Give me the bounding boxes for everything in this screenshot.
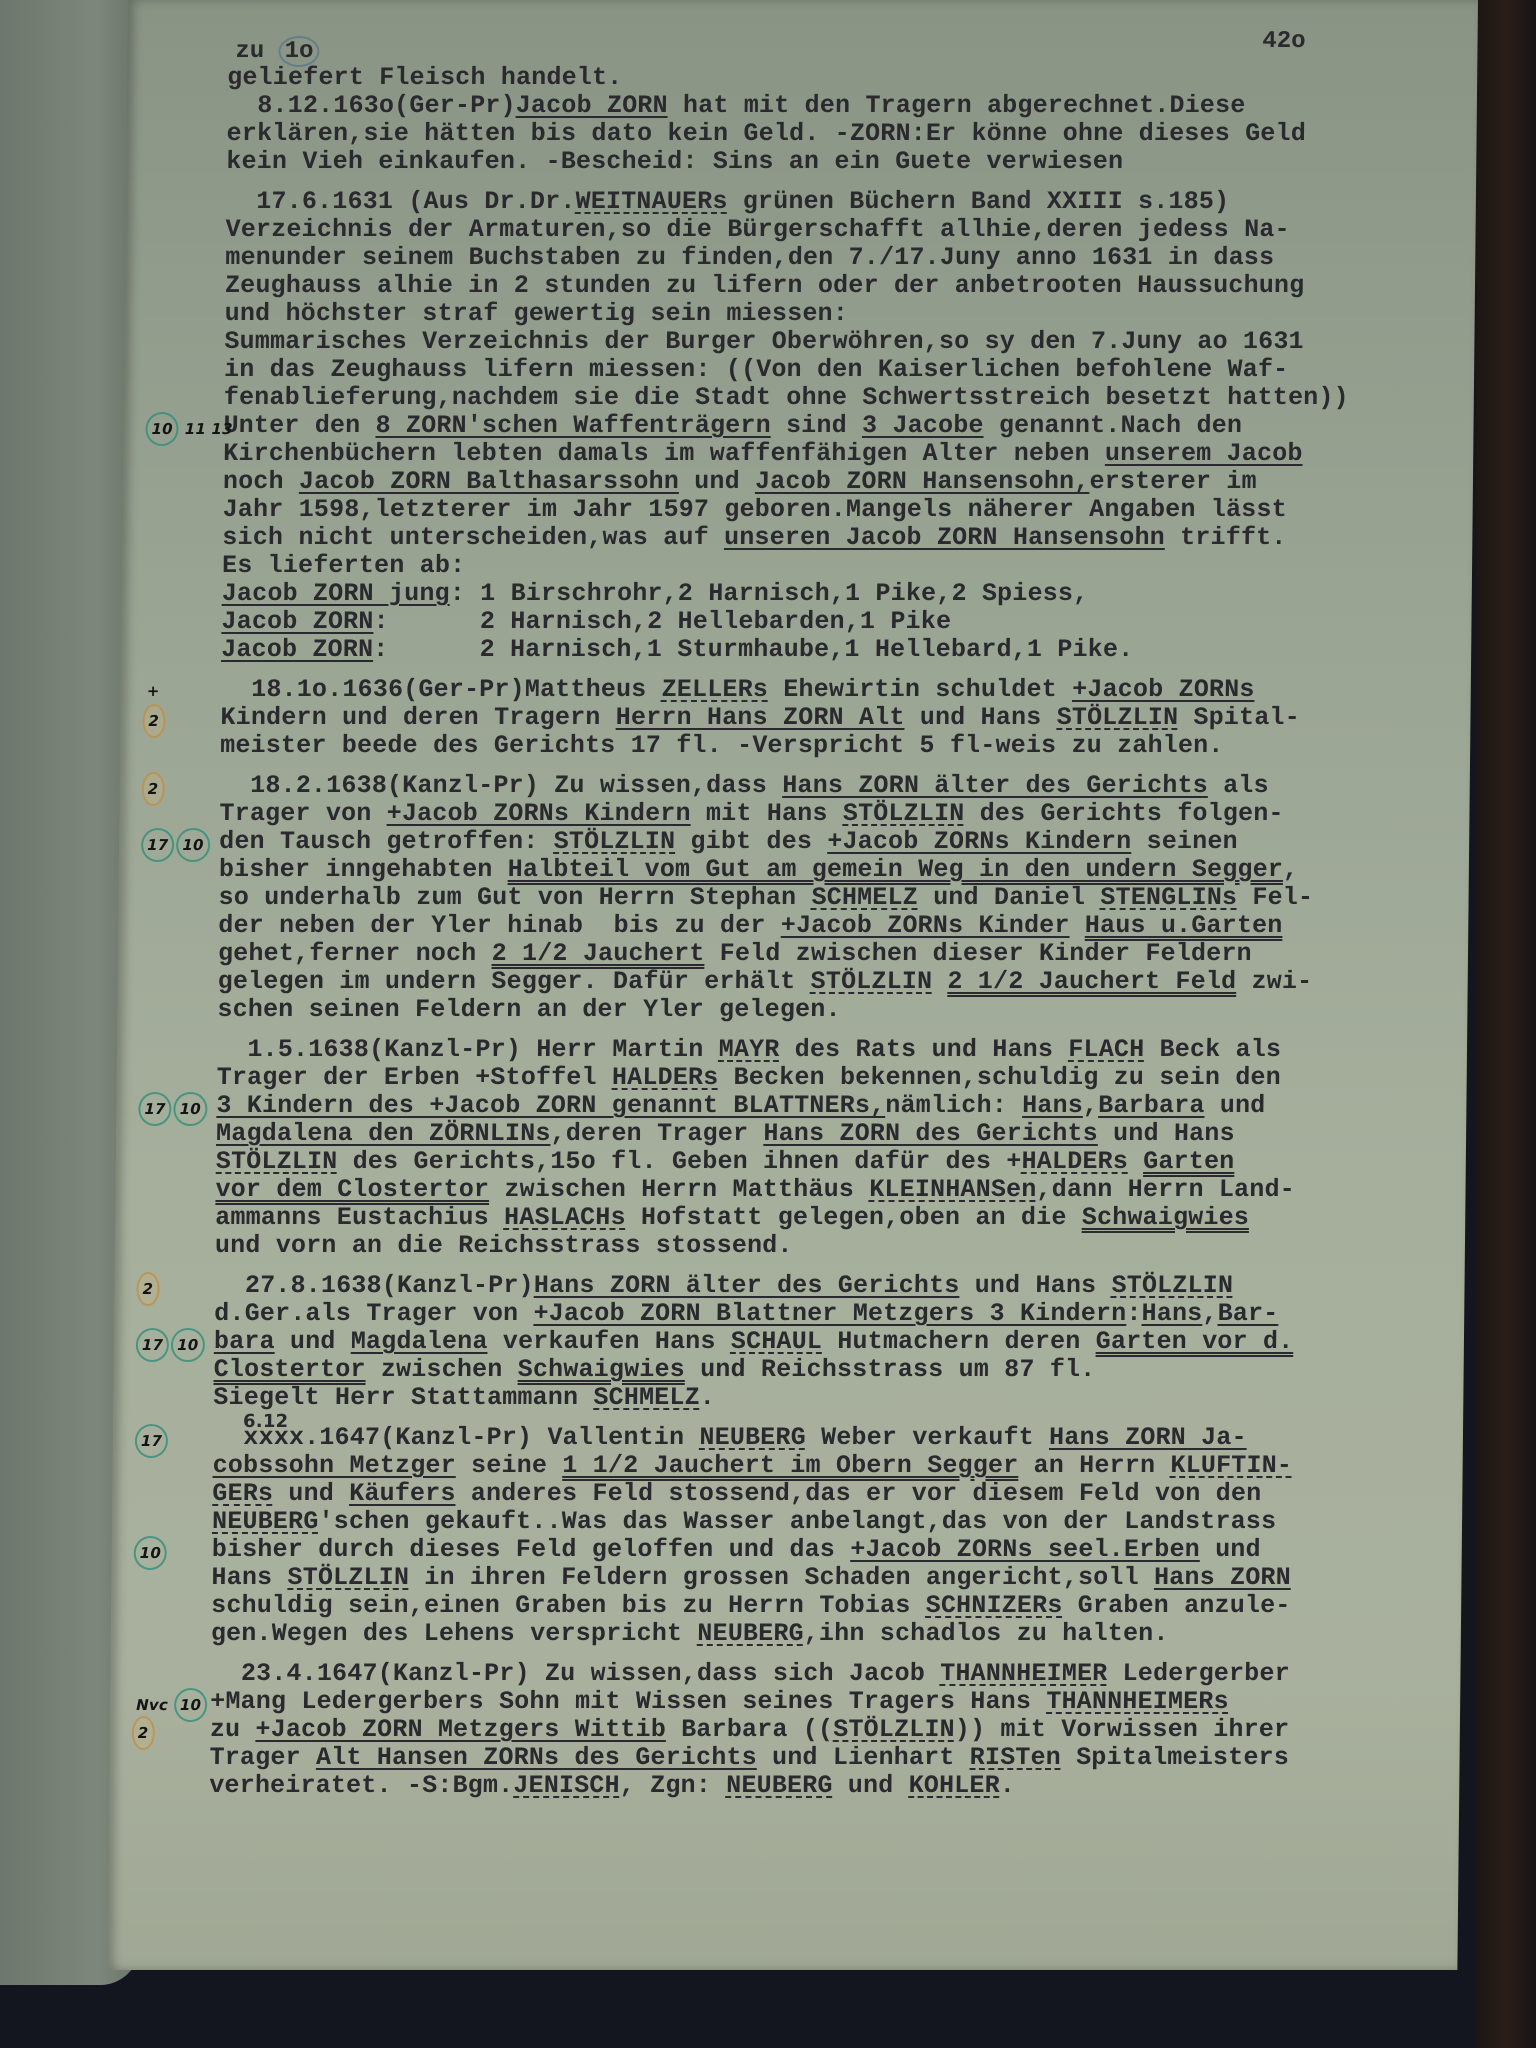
underlined-name: Jacob ZORN xyxy=(516,91,668,120)
text-line: 2 18.2.1638(Kanzl-Pr) Zu wissen,dass Han… xyxy=(220,772,1460,800)
text-line: STÖLZLIN des Gerichts,15o fl. Geben ihne… xyxy=(216,1148,1456,1176)
underlined-name: ZELLERs xyxy=(662,675,769,704)
text-line: geliefert Fleisch handelt. xyxy=(227,64,1467,92)
text-line: Jacob ZORN: 2 Harnisch,2 Hellebarden,1 P… xyxy=(221,608,1461,636)
text-run: 18.2.1638(Kanzl-Pr) Zu wissen,dass xyxy=(250,771,782,800)
text-run: gibt des xyxy=(675,827,827,856)
underlined-name: NEUBERG xyxy=(697,1619,804,1648)
text-run: und vorn an die Reichsstrass stossend. xyxy=(215,1231,793,1260)
record-entry: + 18.1o.1636(Ger-Pr)Mattheus ZELLERs Ehe… xyxy=(220,676,1461,760)
text-run: Becken bekennen,schuldig zu sein den xyxy=(718,1063,1281,1092)
handwritten-margin-note: 2 xyxy=(132,1716,157,1750)
underlined-name: KOHLER xyxy=(908,1771,1000,1800)
book-spine-shadow xyxy=(1476,0,1536,2048)
text-run: 'schen gekauft..Was das Wasser anbelangt… xyxy=(318,1507,1276,1536)
text-line: Siegelt Herr Stattammann SCHMELZ. xyxy=(213,1384,1453,1412)
underlined-name: GERs xyxy=(212,1479,273,1508)
text-run: : 2 Harnisch,2 Hellebarden,1 Pike xyxy=(373,607,951,636)
text-run: Graben anzule- xyxy=(1062,1591,1290,1620)
underlined-name: STÖLZLIN xyxy=(843,799,965,828)
text-line: 1.5.1638(Kanzl-Pr) Herr Martin MAYR des … xyxy=(217,1036,1457,1064)
underlined-name: STÖLZLIN xyxy=(1056,703,1178,732)
text-run: 17.6.1631 (Aus Dr.Dr. xyxy=(256,187,576,216)
underlined-name: 2 1/2 Jauchert xyxy=(492,939,705,968)
margin-mark: 10 xyxy=(174,1688,208,1722)
underlined-name: +Jacob ZORN Blattner Metzgers 3 Kindern xyxy=(533,1299,1126,1328)
text-run: und Reichsstrass um 87 fl. xyxy=(685,1355,1096,1384)
text-run: menunder seinem Buchstaben zu finden,den… xyxy=(225,243,1274,272)
text-run: sind xyxy=(771,411,863,440)
underlined-name: STENGLINs xyxy=(1100,883,1237,912)
text-run: und xyxy=(275,1327,351,1356)
text-run: Spital- xyxy=(1178,703,1300,732)
underlined-name: STÖLZLIN xyxy=(216,1147,338,1176)
text-run: genannt.Nach den xyxy=(984,411,1243,440)
underlined-name: Jacob ZORN Balthasarssohn xyxy=(299,467,679,496)
margin-mark: 10 xyxy=(145,412,179,446)
underlined-name: +Jacob ZORN Metzgers Wittib xyxy=(255,1715,666,1744)
text-line: 2Kindern und deren Tragern Herrn Hans ZO… xyxy=(220,704,1460,732)
text-line: 10bisher durch dieses Feld geloffen und … xyxy=(212,1536,1452,1564)
underlined-name: Barbara xyxy=(1098,1091,1205,1120)
text-line: Nvc10+Mang Ledergerbers Sohn mit Wissen … xyxy=(210,1688,1450,1716)
text-run: gen.Wegen des Lehens verspricht xyxy=(211,1619,698,1648)
text-line: Trager der Erben +Stoffel HALDERs Becken… xyxy=(217,1064,1457,1092)
text-run: schuldig sein,einen Graben bis zu Herrn … xyxy=(211,1591,926,1620)
record-entry: 17.6.1631 (Aus Dr.Dr.WEITNAUERs grünen B… xyxy=(221,188,1466,664)
text-run: und xyxy=(1204,1091,1265,1120)
text-line: d.Ger.als Trager von +Jacob ZORN Blattne… xyxy=(214,1300,1454,1328)
text-line: sich nicht unterscheiden,was auf unseren… xyxy=(222,524,1462,552)
text-run: Hutmachern deren xyxy=(822,1327,1096,1356)
text-run: seine xyxy=(456,1451,563,1480)
text-run: und xyxy=(832,1771,908,1800)
text-line: Verzeichnis der Armaturen,so die Bürgers… xyxy=(225,216,1465,244)
text-line: menunder seinem Buchstaben zu finden,den… xyxy=(225,244,1465,272)
text-run: Fel- xyxy=(1237,883,1313,912)
handwritten-margin-note: 2 xyxy=(142,704,167,738)
text-line: 17.6.1631 (Aus Dr.Dr.WEITNAUERs grünen B… xyxy=(226,188,1466,216)
text-line: so underhalb zum Gut von Herrn Stephan S… xyxy=(218,884,1458,912)
text-line: cobssohn Metzger seine 1 1/2 Jauchert im… xyxy=(213,1452,1453,1480)
underlined-name: unserem Jacob xyxy=(1105,439,1303,468)
text-run: und Hans xyxy=(959,1271,1111,1300)
text-run: Barbara (( xyxy=(666,1715,834,1744)
underlined-name: STÖLZLIN xyxy=(1111,1271,1233,1300)
underlined-name: THANNHEIMERs xyxy=(1046,1687,1229,1716)
text-run: der neben der Yler hinab bis zu der xyxy=(218,911,781,940)
text-run xyxy=(932,967,948,996)
underlined-name: 2 1/2 Jauchert Feld xyxy=(947,967,1236,996)
margin-mark: 17 xyxy=(136,1328,170,1362)
margin-mark: 10 xyxy=(173,1092,207,1126)
underlined-name: bara xyxy=(214,1327,275,1356)
text-run: . xyxy=(700,1383,716,1412)
text-run: : xyxy=(1126,1299,1142,1328)
text-run: noch xyxy=(223,467,299,496)
text-run: 18.1o.1636(Ger-Pr)Mattheus xyxy=(251,675,662,704)
underlined-name: SCHMELZ xyxy=(811,883,918,912)
text-run: und Hans xyxy=(904,703,1056,732)
text-line: Summarisches Verzeichnis der Burger Ober… xyxy=(224,328,1464,356)
text-run: so underhalb zum Gut von Herrn Stephan xyxy=(218,883,811,912)
underlined-name: Schwaigwies xyxy=(518,1355,686,1384)
text-run: fenablieferung,nachdem sie die Stadt ohn… xyxy=(224,383,1349,412)
underlined-name: SCHAUL xyxy=(731,1327,823,1356)
text-run: 8.12.163o(Ger-Pr) xyxy=(257,91,516,120)
text-run: des Gerichts folgen- xyxy=(964,799,1284,828)
text-run: . xyxy=(1000,1771,1016,1800)
text-line: kein Vieh einkaufen. -Bescheid: Sins an … xyxy=(226,148,1466,176)
text-run: ,deren Trager xyxy=(550,1119,763,1148)
text-run: Summarisches Verzeichnis der Burger Ober… xyxy=(224,327,1304,356)
text-run: Unter den xyxy=(223,411,375,440)
text-line: NEUBERG'schen gekauft..Was das Wasser an… xyxy=(212,1508,1452,1536)
text-run: Zeughauss alhie in 2 stunden zu lifern o… xyxy=(225,271,1305,300)
text-run: meister beede des Gerichts 17 fl. -Versp… xyxy=(220,731,1224,760)
underlined-name: Hans ZORN älter des Gerichts xyxy=(782,771,1208,800)
text-line: Es lieferten ab: xyxy=(222,552,1462,580)
underlined-name: 1 1/2 Jauchert im Obern Segger xyxy=(562,1451,1018,1480)
text-line: Trager Alt Hansen ZORNs des Gerichts und… xyxy=(209,1744,1449,1772)
record-entry: 23.4.1647(Kanzl-Pr) Zu wissen,dass sich … xyxy=(209,1660,1450,1800)
record-entry: geliefert Fleisch handelt. 8.12.163o(Ger… xyxy=(226,64,1467,176)
text-run: in ihren Feldern grossen Schaden angeric… xyxy=(409,1563,1154,1592)
text-run: und xyxy=(1200,1535,1261,1564)
underlined-name: +Jacob ZORNs Kinder xyxy=(781,911,1070,940)
text-run: kein Vieh einkaufen. -Bescheid: Sins an … xyxy=(226,147,1123,176)
handwritten-date-correction: 6.12 xyxy=(243,1408,289,1436)
margin-mark: 2 xyxy=(142,704,165,738)
margin-mark: 2 xyxy=(142,772,165,806)
text-run: erklären,sie hätten bis dato kein Geld. … xyxy=(226,119,1306,148)
underlined-name: Hans xyxy=(1022,1091,1083,1120)
underlined-name: NEUBERG xyxy=(726,1771,833,1800)
text-line: schuldig sein,einen Graben bis zu Herrn … xyxy=(211,1592,1451,1620)
text-run: Hofstatt gelegen,oben an die xyxy=(626,1203,1082,1232)
text-line: vor dem Clostertor zwischen Herrn Matthä… xyxy=(215,1176,1455,1204)
text-run: bisher durch dieses Feld geloffen und da… xyxy=(212,1535,851,1564)
underlined-name: KLUFTIN- xyxy=(1170,1451,1292,1480)
margin-mark: + xyxy=(143,676,164,706)
text-run: sich nicht unterscheiden,was auf xyxy=(222,523,724,552)
underlined-name: Käufers xyxy=(349,1479,456,1508)
margin-mark: 2 xyxy=(136,1272,159,1306)
text-run: Trager von xyxy=(219,799,387,828)
underlined-name: STÖLZLIN xyxy=(810,967,932,996)
handwritten-margin-note: 1710 xyxy=(141,828,212,862)
underlined-name: HALDERs xyxy=(612,1063,719,1092)
underlined-name: Schwaigwies xyxy=(1082,1203,1250,1232)
text-run: : 1 Birschrohr,2 Harnisch,1 Pike,2 Spies… xyxy=(450,579,1089,608)
text-line: Hans STÖLZLIN in ihren Feldern grossen S… xyxy=(211,1564,1451,1592)
text-line: Jahr 1598,letzterer im Jahr 1597 geboren… xyxy=(223,496,1463,524)
text-line: gelegen im undern Segger. Dafür erhält S… xyxy=(218,968,1458,996)
text-line: 176.12 xxxx.1647(Kanzl-Pr) Vallentin NEU… xyxy=(213,1424,1453,1452)
text-run: )) mit Vorwissen ihrer xyxy=(955,1715,1290,1744)
handwritten-margin-note: 1710 xyxy=(136,1328,207,1362)
text-line: Clostertor zwischen Schwaigwies und Reic… xyxy=(214,1356,1454,1384)
underlined-name: Hans ZORN des Gerichts xyxy=(763,1119,1098,1148)
text-run: ersterer im xyxy=(1089,467,1257,496)
text-line: und vorn an die Reichsstrass stossend. xyxy=(215,1232,1455,1260)
underlined-name: STÖLZLIN xyxy=(833,1715,955,1744)
underlined-name: Hans xyxy=(1141,1299,1202,1328)
text-run: mit Hans xyxy=(691,799,843,828)
text-run: Trager xyxy=(209,1743,316,1772)
text-line: meister beede des Gerichts 17 fl. -Versp… xyxy=(220,732,1460,760)
text-line: fenablieferung,nachdem sie die Stadt ohn… xyxy=(224,384,1464,412)
text-line: Jacob ZORN jung: 1 Birschrohr,2 Harnisch… xyxy=(222,580,1462,608)
text-run: zwischen xyxy=(366,1355,518,1384)
text-run: grünen Büchern Band XXIII s.185) xyxy=(727,187,1229,216)
underlined-name: vor dem Clostertor xyxy=(215,1175,489,1204)
underlined-name: Halbteil vom Gut am gemein Weg in den un… xyxy=(508,855,1284,884)
text-run: Spitalmeisters xyxy=(1061,1743,1289,1772)
text-run: und xyxy=(273,1479,349,1508)
underlined-name: 3 Jacobe xyxy=(862,411,984,440)
text-line: 2zu +Jacob ZORN Metzgers Wittib Barbara … xyxy=(210,1716,1450,1744)
underlined-name: unseren Jacob ZORN Hansensohn xyxy=(724,523,1165,552)
text-run: und Lienhart xyxy=(757,1743,970,1772)
text-run: gelegen im undern Segger. Dafür erhält xyxy=(218,967,811,996)
handwritten-margin-note: + xyxy=(143,676,166,706)
underlined-name: Jacob ZORN xyxy=(221,635,373,664)
text-run: 1.5.1638(Kanzl-Pr) Herr Martin xyxy=(247,1035,719,1064)
underlined-name: Magdalena xyxy=(351,1327,488,1356)
text-run: und xyxy=(679,467,755,496)
text-run: d.Ger.als Trager von xyxy=(214,1299,534,1328)
text-line: 8.12.163o(Ger-Pr)Jacob ZORN hat mit den … xyxy=(227,92,1467,120)
underlined-name: Alt Hansen ZORNs des Gerichts xyxy=(316,1743,757,1772)
underlined-name: Jacob ZORN Hansensohn, xyxy=(755,467,1090,496)
text-line: Magdalena den ZÖRNLINs,deren Trager Hans… xyxy=(216,1120,1456,1148)
text-run: Hans xyxy=(211,1563,287,1592)
underlined-name: NEUBERG xyxy=(699,1423,806,1452)
text-line: 2 27.8.1638(Kanzl-Pr)Hans ZORN älter des… xyxy=(214,1272,1454,1300)
underlined-name: JENISCH xyxy=(513,1771,620,1800)
underlined-name: THANNHEIMER xyxy=(940,1659,1108,1688)
text-line: Trager von +Jacob ZORNs Kindern mit Hans… xyxy=(219,800,1459,828)
text-run: , xyxy=(1202,1299,1218,1328)
text-run: : 2 Harnisch,1 Sturmhaube,1 Hellebard,1 … xyxy=(373,635,1133,664)
text-run: Jahr 1598,letzterer im Jahr 1597 geboren… xyxy=(223,495,1287,524)
text-run: den Tausch getroffen: xyxy=(219,827,554,856)
text-run: Kirchenbüchern lebten damals im waffenfä… xyxy=(223,439,1105,468)
underlined-name: 8 ZORN'schen Waffenträgern xyxy=(375,411,771,440)
underlined-name: NEUBERG xyxy=(212,1507,319,1536)
underlined-name: Herrn Hans ZORN Alt xyxy=(616,703,905,732)
text-line: 17103 Kindern des +Jacob ZORN genannt BL… xyxy=(216,1092,1456,1120)
text-run: zwi- xyxy=(1236,967,1312,996)
underlined-name: Hans ZORN Ja- xyxy=(1049,1423,1247,1452)
text-line: noch Jacob ZORN Balthasarssohn und Jacob… xyxy=(223,468,1463,496)
underlined-name: Magdalena den ZÖRNLINs xyxy=(216,1119,551,1148)
underlined-name: +Jacob ZORNs xyxy=(1072,675,1255,704)
underlined-name: STÖLZLIN xyxy=(554,827,676,856)
text-run: trifft. xyxy=(1165,523,1287,552)
underlined-name: Garten vor d. xyxy=(1096,1327,1294,1356)
record-entry: 2 27.8.1638(Kanzl-Pr)Hans ZORN älter des… xyxy=(213,1272,1454,1412)
text-run xyxy=(1070,911,1086,940)
underlined-name: WEITNAUERs xyxy=(575,187,727,216)
text-run: in das Zeughauss lifern miessen: ((Von d… xyxy=(224,355,1288,384)
document-body: geliefert Fleisch handelt. 8.12.163o(Ger… xyxy=(209,64,1467,1800)
underlined-name: HASLACHs xyxy=(504,1203,626,1232)
margin-mark: 10 xyxy=(171,1328,205,1362)
text-line: und höchster straf gewertig sein miessen… xyxy=(225,300,1465,328)
text-run: seinen xyxy=(1131,827,1238,856)
text-run: zwischen Herrn Matthäus xyxy=(489,1175,869,1204)
underlined-name: FLACH xyxy=(1068,1035,1144,1064)
text-line: 23.4.1647(Kanzl-Pr) Zu wissen,dass sich … xyxy=(210,1660,1450,1688)
underlined-name: SCHNIZERs xyxy=(926,1591,1063,1620)
text-line: in das Zeughauss lifern miessen: ((Von d… xyxy=(224,356,1464,384)
text-run: , xyxy=(1283,855,1299,884)
text-line: GERs und Käufers anderes Feld stossend,d… xyxy=(212,1480,1452,1508)
text-run: Verzeichnis der Armaturen,so die Bürgers… xyxy=(225,215,1289,244)
underlined-name: 3 Kindern des +Jacob ZORN genannt BLATTN… xyxy=(216,1091,885,1120)
margin-mark: 17 xyxy=(138,1092,172,1126)
text-run: und Daniel xyxy=(918,883,1101,912)
handwritten-margin-note: 1710 xyxy=(138,1092,209,1126)
margin-mark: 17 xyxy=(141,828,175,862)
text-line: 1710den Tausch getroffen: STÖLZLIN gibt … xyxy=(219,828,1459,856)
text-run: Kindern und deren Tragern xyxy=(220,703,616,732)
underlined-name: Clostertor xyxy=(214,1355,366,1384)
text-run: Ehewirtin schuldet xyxy=(768,675,1072,704)
underlined-name: Hans ZORN älter des Gerichts xyxy=(534,1271,960,1300)
text-line: der neben der Yler hinab bis zu der +Jac… xyxy=(218,912,1458,940)
text-run xyxy=(1128,1147,1144,1176)
text-run: Ledergerber xyxy=(1107,1659,1290,1688)
underlined-name: RISTen xyxy=(970,1743,1062,1772)
underlined-name: HALDERs xyxy=(1021,1147,1128,1176)
text-line: erklären,sie hätten bis dato kein Geld. … xyxy=(226,120,1466,148)
text-run: an Herrn xyxy=(1018,1451,1170,1480)
margin-mark: 10 xyxy=(134,1536,168,1570)
underlined-name: +Jacob ZORNs Kindern xyxy=(387,799,691,828)
text-line: bisher inngehabten Halbteil vom Gut am g… xyxy=(219,856,1459,884)
text-run: bisher inngehabten xyxy=(219,855,508,884)
typewritten-page: zu 1o 42o geliefert Fleisch handelt. 8.1… xyxy=(107,0,1478,1970)
text-run: des Rats und Hans xyxy=(779,1035,1068,1064)
text-line: ammanns Eustachius HASLACHs Hofstatt gel… xyxy=(215,1204,1455,1232)
underlined-name: Jacob ZORN xyxy=(221,607,373,636)
record-entry: 2 18.2.1638(Kanzl-Pr) Zu wissen,dass Han… xyxy=(217,772,1460,1024)
text-run: und Hans xyxy=(1098,1119,1235,1148)
text-line: Kirchenbüchern lebten damals im waffenfä… xyxy=(223,440,1463,468)
text-run: , xyxy=(1083,1091,1099,1120)
text-run: Beck als xyxy=(1144,1035,1281,1064)
text-line: Jacob ZORN: 2 Harnisch,1 Sturmhaube,1 He… xyxy=(221,636,1461,664)
underlined-name: +Jacob ZORNs Kindern xyxy=(827,827,1131,856)
underlined-name: SCHMELZ xyxy=(593,1383,700,1412)
underlined-name: cobssohn Metzger xyxy=(213,1451,457,1480)
text-run: Feld zwischen dieser Kinder Feldern xyxy=(704,939,1252,968)
page-header: zu 1o 42o xyxy=(235,28,1397,62)
record-entry: 176.12 xxxx.1647(Kanzl-Pr) Vallentin NEU… xyxy=(211,1424,1453,1648)
text-run: schen seinen Feldern an der Yler gelegen… xyxy=(217,995,841,1024)
margin-mark: 10 xyxy=(176,828,210,862)
text-run: ammanns Eustachius xyxy=(215,1203,504,1232)
text-line: gehet,ferner noch 2 1/2 Jauchert Feld zw… xyxy=(218,940,1458,968)
text-line: schen seinen Feldern an der Yler gelegen… xyxy=(217,996,1457,1024)
text-run: gehet,ferner noch xyxy=(218,939,492,968)
text-run: zu xyxy=(210,1715,256,1744)
underlined-name: Haus u.Garten xyxy=(1085,911,1283,940)
text-line: 1710bara und Magdalena verkaufen Hans SC… xyxy=(214,1328,1454,1356)
margin-mark: 17 xyxy=(135,1424,169,1458)
underlined-name: Hans ZORN xyxy=(1154,1563,1291,1592)
text-line: Zeughauss alhie in 2 stunden zu lifern o… xyxy=(225,272,1465,300)
text-run: +Mang Ledergerbers Sohn mit Wissen seine… xyxy=(210,1687,1046,1716)
text-run: Trager der Erben +Stoffel xyxy=(217,1063,613,1092)
handwritten-margin-note: 2 xyxy=(136,1272,161,1306)
underlined-name: Garten xyxy=(1143,1147,1235,1176)
text-run: nämlich: xyxy=(885,1091,1022,1120)
handwritten-margin-note: 17 xyxy=(135,1424,171,1458)
text-run: hat mit den Tragern abgerechnet.Diese xyxy=(668,91,1246,120)
underlined-name: KLEINHANSen xyxy=(869,1175,1037,1204)
text-run: xxxx.1647(Kanzl-Pr) Vallentin xyxy=(243,1423,699,1452)
text-run: Es lieferten ab: xyxy=(222,551,466,580)
text-run: geliefert Fleisch handelt. xyxy=(227,63,623,92)
text-run: ,dann Herrn Land- xyxy=(1036,1175,1295,1204)
record-entry: 1.5.1638(Kanzl-Pr) Herr Martin MAYR des … xyxy=(215,1036,1457,1260)
text-line: + 18.1o.1636(Ger-Pr)Mattheus ZELLERs Ehe… xyxy=(221,676,1461,704)
handwritten-margin-note: 2 xyxy=(142,772,167,806)
text-run: 23.4.1647(Kanzl-Pr) Zu wissen,dass sich … xyxy=(241,1659,941,1688)
underlined-name: Bar- xyxy=(1217,1299,1278,1328)
text-run: , Zgn: xyxy=(620,1771,727,1800)
text-run: anderes Feld stossend,das er vor diesem … xyxy=(455,1479,1261,1508)
text-run: und höchster straf gewertig sein miessen… xyxy=(225,299,849,328)
text-run: verheiratet. -S:Bgm. xyxy=(209,1771,513,1800)
page-number: 42o xyxy=(1262,28,1306,55)
handwritten-margin-note: 10 xyxy=(134,1536,170,1570)
underlined-name: Jacob ZORN jung xyxy=(222,579,450,608)
text-line: verheiratet. -S:Bgm.JENISCH, Zgn: NEUBER… xyxy=(209,1772,1449,1800)
text-line: gen.Wegen des Lehens verspricht NEUBERG,… xyxy=(211,1620,1451,1648)
margin-mark: 2 xyxy=(132,1716,155,1750)
text-run: als xyxy=(1208,771,1269,800)
text-run: verkaufen Hans xyxy=(487,1327,731,1356)
text-run: Weber verkauft xyxy=(806,1423,1050,1452)
text-run: ,ihn schadlos zu halten. xyxy=(804,1619,1169,1648)
text-run: 27.8.1638(Kanzl-Pr) xyxy=(245,1271,534,1300)
underlined-name: STÖLZLIN xyxy=(287,1563,409,1592)
text-line: 1011 13Unter den 8 ZORN'schen Waffenträg… xyxy=(223,412,1463,440)
text-run: des Gerichts,15o fl. Geben ihnen dafür d… xyxy=(337,1147,1021,1176)
underlined-name: +Jacob ZORNs seel.Erben xyxy=(850,1535,1200,1564)
underlined-name: MAYR xyxy=(719,1035,780,1064)
